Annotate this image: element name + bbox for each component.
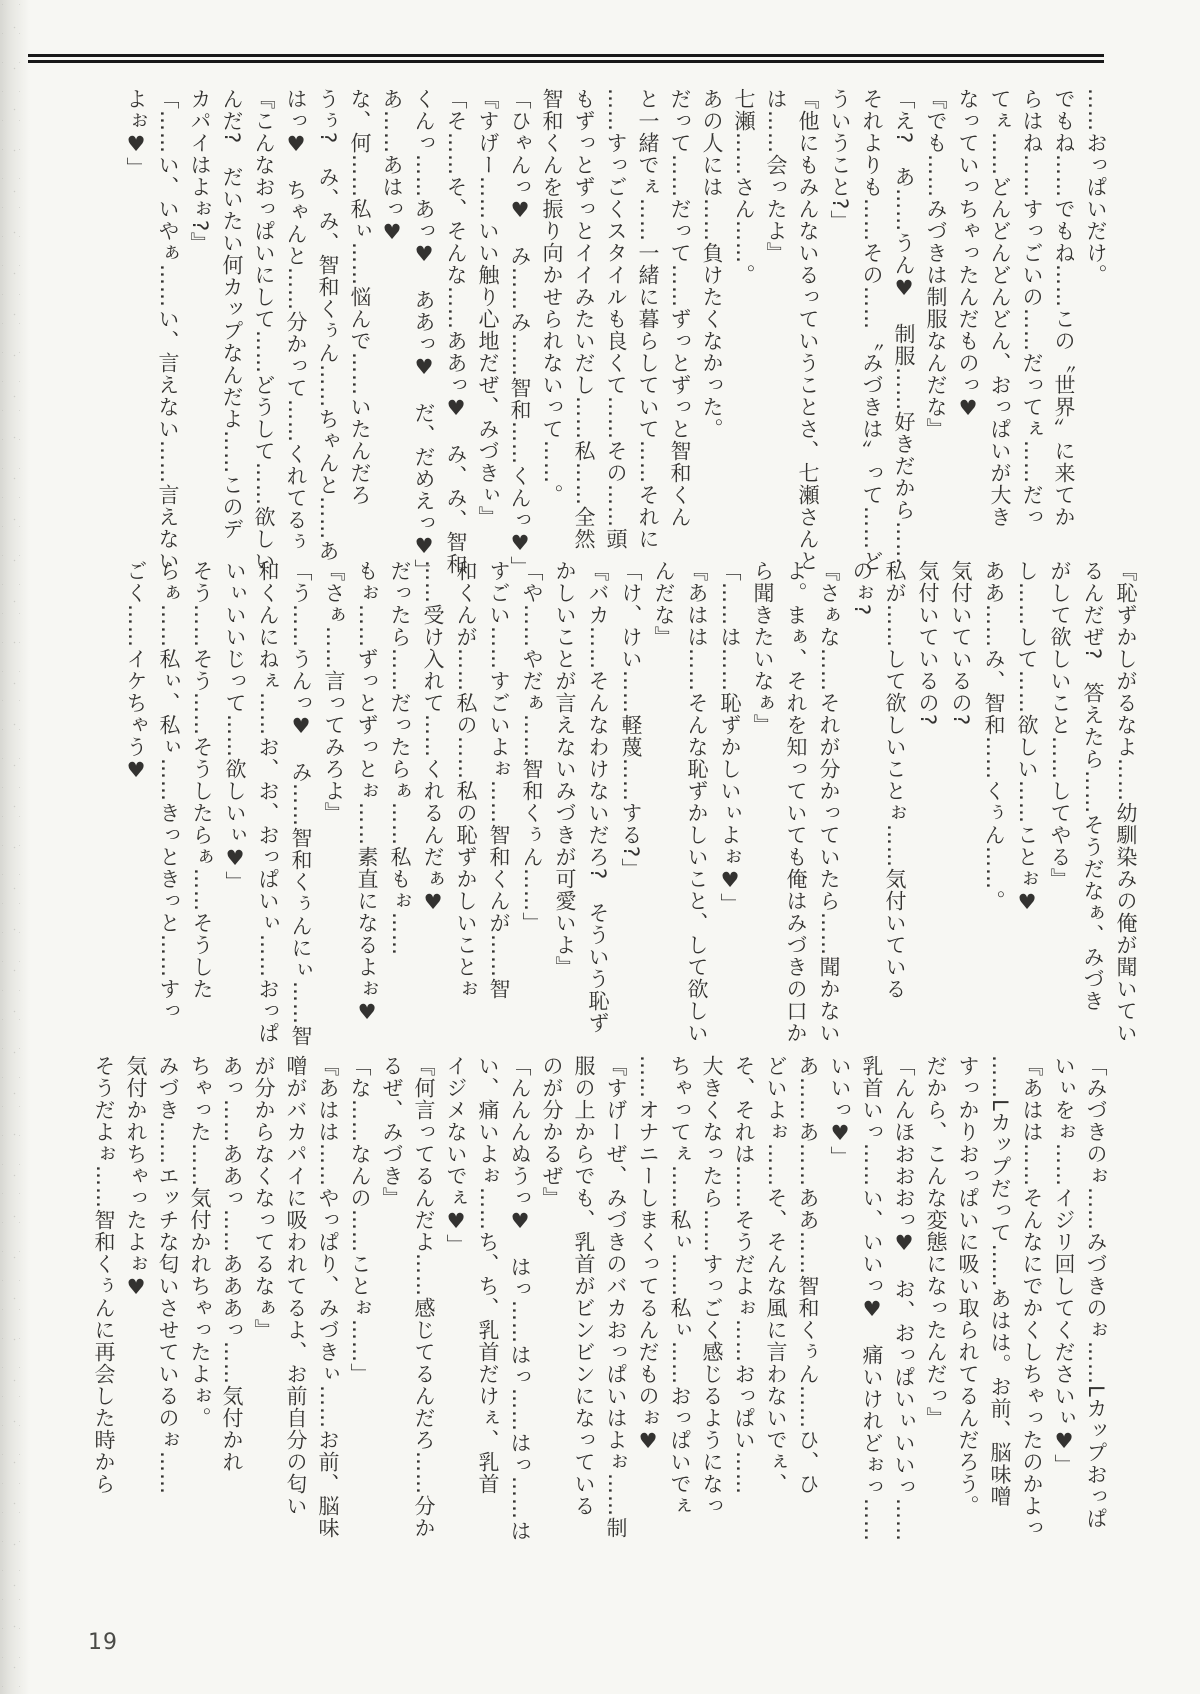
text-column: 乳首いっ……い、いいっ♥ 痛いけれどぉっ…… xyxy=(856,1055,888,1615)
text-column: すごい……すごいよぉ……智和くんが……智 xyxy=(482,560,515,1050)
text-column: 和くんが……私の……私の恥ずかしいことぉ xyxy=(449,560,482,1050)
text-column: 「……は……恥ずかしいぃよぉ♥」 xyxy=(713,560,746,1050)
text-column: ういうこと?」 xyxy=(824,88,856,563)
text-column: い、痛いよぉ……ち、ち、乳首だけぇ、乳首 xyxy=(472,1055,504,1615)
text-column: いぃいいじって……欲しいぃ♥」 xyxy=(218,560,251,1050)
text-column: 大きくなったら……すっごく感じるようになっ xyxy=(696,1055,728,1615)
text-column: 「え? あ……うん♥ 制服……好きだから…… xyxy=(888,88,920,563)
double-rule-divider xyxy=(28,54,1104,63)
text-column: んだ? だいたい何カップなんだよ……このデ xyxy=(216,88,248,563)
text-column: だから、こんな変態になったんだっ』 xyxy=(920,1055,952,1615)
text-column: るぜ、みづき』 xyxy=(376,1055,408,1615)
text-column: な、何……私ぃ……悩んで……いたんだろ xyxy=(344,88,376,563)
text-column: 『こんなおっぱいにして……どうして……欲しい xyxy=(248,88,280,563)
text-column: 「や……やだぁ……智和くぅん……」 xyxy=(515,560,548,1050)
text-column: あ……あ……ああ……智和くぅん……ひ、ひ xyxy=(792,1055,824,1615)
text-column: 智和くんを振り向かせられないって……。 xyxy=(536,88,568,563)
text-column: みづき……エッチな匂いさせているのぉ…… xyxy=(152,1055,184,1615)
text-column: そう……そう……そうしたらぁ……そうした xyxy=(185,560,218,1050)
text-column: 『あはは……やっぱり、みづきぃ……お前、脳味 xyxy=(312,1055,344,1615)
text-column: ……受け入れて……くれるんだぁ♥ xyxy=(416,560,449,1050)
text-column: 七瀬……さん……。 xyxy=(728,88,760,563)
text-column: だったら……だったらぁ……私もぉ…… xyxy=(383,560,416,1050)
text-column: だって……だって……ずっとずっと智和くん xyxy=(664,88,696,563)
text-column: 「ひゃんっ♥ み……み……智和……くんっ♥」 xyxy=(504,88,536,563)
scan-edge-noise xyxy=(0,0,34,1694)
text-column: そうだよぉ……智和くぅんに再会した時から xyxy=(88,1055,120,1615)
text-column: は……会ったよ』 xyxy=(760,88,792,563)
text-column: 『さぁな……それが分かっていたら……聞かない xyxy=(812,560,845,1050)
text-column: 「……い、いやぁ……い、言えない……言えない xyxy=(152,88,184,563)
text-column: 「け、けい……軽蔑……する?」 xyxy=(614,560,647,1050)
text-column: 「んんほおおおっ♥ お、おっぱいぃいいっ…… xyxy=(888,1055,920,1615)
text-column: そ、それは……そうだよぉ……おっぱい…… xyxy=(728,1055,760,1615)
text-column: 『恥ずかしがるなよ……幼馴染みの俺が聞いてい xyxy=(1109,560,1142,1050)
text-column: 『すげーぜ、みづきのバカおっぱいはよぉ……制 xyxy=(600,1055,632,1615)
text-column: 「そ……そ、そんな……ああっ♥ み、み、智和 xyxy=(440,88,472,563)
text-column: のが分かるぜ』 xyxy=(536,1055,568,1615)
text-column: でもね……でもね……この〝世界〟に来てか xyxy=(1048,88,1080,563)
text-column: んだな』 xyxy=(647,560,680,1050)
page-number: 19 xyxy=(88,1630,118,1655)
text-column: かしいことが言えないみづきが可愛いよ』 xyxy=(548,560,581,1050)
text-column: ……Lカップだって……あはは。お前、脳味噌 xyxy=(984,1055,1016,1615)
text-column: なっていっちゃったんだものっ♥ xyxy=(952,88,984,563)
text-column: 和くんにねぇ……お、お、おっぱいぃ……おっぱ xyxy=(251,560,284,1050)
text-column: ああ……み、智和……くぅん……。 xyxy=(977,560,1010,1050)
text-column: 『すげー……いい触り心地だぜ、みづきぃ』 xyxy=(472,88,504,563)
text-column: 『他にもみんないるっていうことさ、七瀬さんと xyxy=(792,88,824,563)
scanned-page: { "page": { "number": "19", "blocks": [ … xyxy=(0,0,1200,1694)
text-column: 『あはは……そんなにでかくしちゃったのかよっ xyxy=(1016,1055,1048,1615)
text-column: いぃをぉ……イジリ回してくださいぃ♥」 xyxy=(1048,1055,1080,1615)
text-column: もずっとずっとイイみたいだし……私……全然 xyxy=(568,88,600,563)
text-column: がして欲しいこと……してやる』 xyxy=(1043,560,1076,1050)
text-column: 「んんんぬうっ♥ はっ……はっ……はっ……は xyxy=(504,1055,536,1615)
text-column: ……オナニーしまくってるんだものぉ♥ xyxy=(632,1055,664,1615)
text-column: あ……あはっ♥ xyxy=(376,88,408,563)
text-column: 「な……なんの……ことぉ……」 xyxy=(344,1055,376,1615)
text-column: 気付いているの? xyxy=(911,560,944,1050)
text-column: 「みづきのぉ……みづきのぉ……Lカップおっぱ xyxy=(1080,1055,1112,1615)
text-column: ……おっぱいだけ。 xyxy=(1080,88,1112,563)
vertical-text-block-middle: 『恥ずかしがるなよ……幼馴染みの俺が聞いているんだぜ? 答えたら……そうだなぁ、… xyxy=(119,560,1142,1050)
text-column: ごく……イケちゃう♥ xyxy=(119,560,152,1050)
text-column: ちゃってぇ……私ぃ……私ぃ……おっぱいでぇ xyxy=(664,1055,696,1615)
text-column: あっ……ああっ……あああっ……気付かれ xyxy=(216,1055,248,1615)
text-column: 私が……して欲しいことぉ……気付いている xyxy=(878,560,911,1050)
text-column: 「う……うんっ♥ み……智和くぅんにぃ……智 xyxy=(284,560,317,1050)
text-column: のぉ? xyxy=(845,560,878,1050)
text-column: 服の上からでも、乳首がビンビンになっている xyxy=(568,1055,600,1615)
text-column: らはね……すっごいの……だってぇ……だっ xyxy=(1016,88,1048,563)
text-column: ……すっごくスタイルも良くて……その……頭 xyxy=(600,88,632,563)
text-column: カパイはよぉ?』 xyxy=(184,88,216,563)
text-column: よぉ♥」 xyxy=(120,88,152,563)
text-column: 『でも……みづきは制服なんだな』 xyxy=(920,88,952,563)
text-column: はっ♥ ちゃんと……分かって……くれてるぅ xyxy=(280,88,312,563)
text-column: あの人には……負けたくなかった。 xyxy=(696,88,728,563)
text-column: イジメないでぇ♥」 xyxy=(440,1055,472,1615)
text-column: くんっ……あっ♥ ああっ♥ だ、だめえっ♥」 xyxy=(408,88,440,563)
text-column: 気付かれちゃったよぉ♥ xyxy=(120,1055,152,1615)
text-column: いいっ♥」 xyxy=(824,1055,856,1615)
text-column: 『何言ってるんだよ……感じてるんだろ……分か xyxy=(408,1055,440,1615)
text-column: るんだぜ? 答えたら……そうだなぁ、みづき xyxy=(1076,560,1109,1050)
text-column: し……して……欲しい……ことぉ♥ xyxy=(1010,560,1043,1050)
text-column: と一緒でぇ……一緒に暮らしていて……それに xyxy=(632,88,664,563)
text-column: てぇ……どんどんどんどん、おっぱいが大き xyxy=(984,88,1016,563)
text-column: が分からなくなってるなぁ』 xyxy=(248,1055,280,1615)
text-column: それよりも……その……〝みづきは〟って……ど xyxy=(856,88,888,563)
text-column: 『あはは……そんな恥ずかしいこと、して欲しい xyxy=(680,560,713,1050)
text-column: 噌がバカパイに吸われてるよ、お前自分の匂い xyxy=(280,1055,312,1615)
text-column: ら聞きたいなぁ』 xyxy=(746,560,779,1050)
text-column: すっかりおっぱいに吸い取られてるんだろう。 xyxy=(952,1055,984,1615)
text-column: ちゃった……気付かれちゃったよぉ。 xyxy=(184,1055,216,1615)
text-column: よ。まぁ、それを知っていても俺はみづきの口か xyxy=(779,560,812,1050)
text-column: 『さぁ……言ってみろよ』 xyxy=(317,560,350,1050)
text-column: うぅ? み、み、智和くぅん……ちゃんと……あ xyxy=(312,88,344,563)
text-column: 『バカ……そんなわけないだろ? そういう恥ず xyxy=(581,560,614,1050)
text-column: もぉ……ずっとずっとぉ……素直になるよぉ♥ xyxy=(350,560,383,1050)
text-column: らぁ……私ぃ、私ぃ……きっときっと……すっ xyxy=(152,560,185,1050)
text-column: 気付いているの? xyxy=(944,560,977,1050)
vertical-text-block-bottom: 「みづきのぉ……みづきのぉ……Lカップおっぱいぃをぉ……イジリ回してくださいぃ♥… xyxy=(88,1055,1112,1615)
vertical-text-block-top: ……おっぱいだけ。でもね……でもね……この〝世界〟に来てからはね……すっごいの…… xyxy=(120,88,1112,563)
text-column: どいよぉ……そ、そんな風に言わないでぇ、 xyxy=(760,1055,792,1615)
